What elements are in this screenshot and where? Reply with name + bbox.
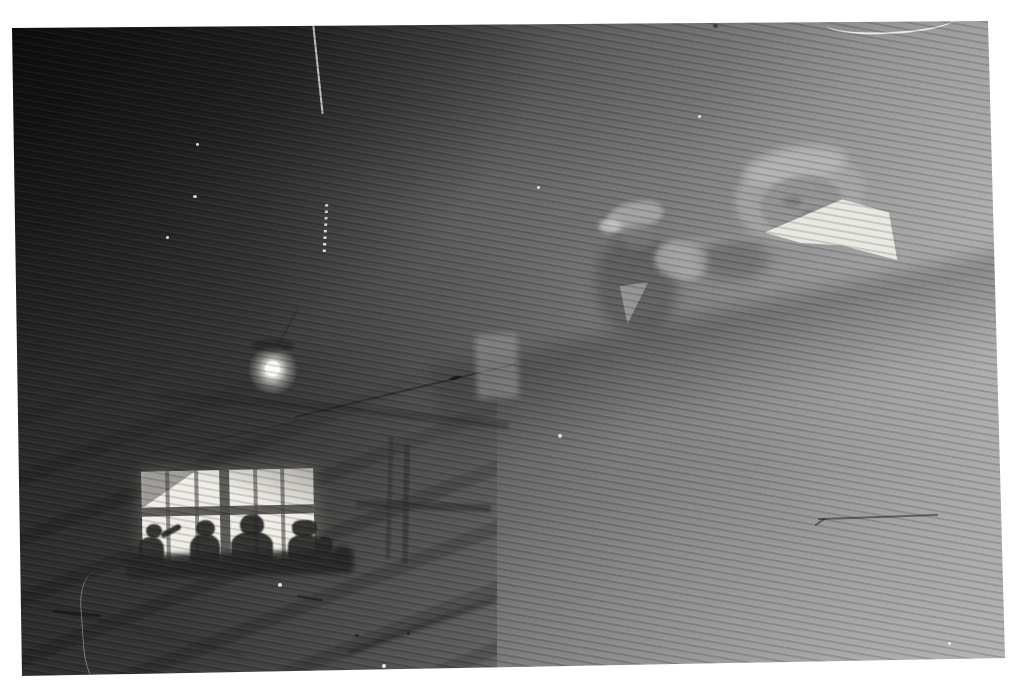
film-grain-texture	[0, 0, 1024, 695]
scanned-photo-page	[0, 0, 1024, 695]
photograph	[0, 0, 1024, 695]
